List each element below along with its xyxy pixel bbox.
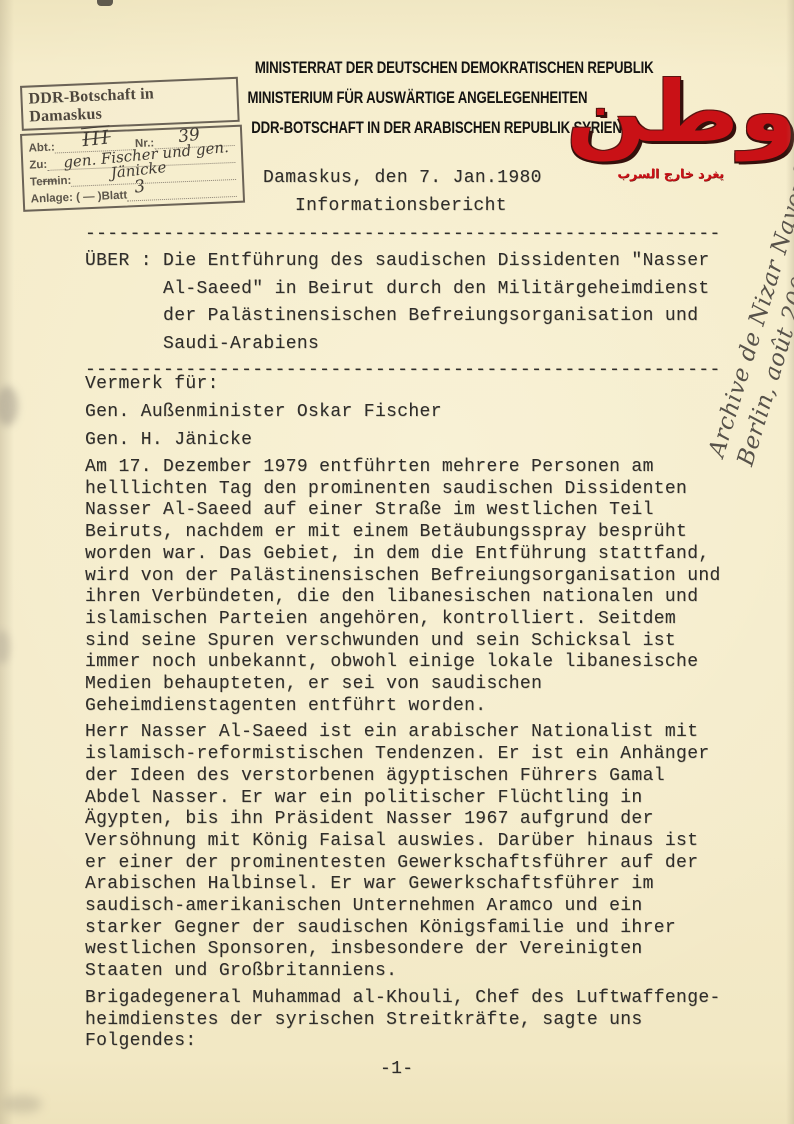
typed-document-body: Damaskus, den 7. Jan.1980 Informationsbe… bbox=[85, 168, 765, 1079]
dashed-separator: ----------------------------------------… bbox=[85, 360, 765, 374]
scanned-document-page: DDR-Botschaft in Damaskus Abt.: III Nr.:… bbox=[0, 0, 794, 1124]
recipient-line: Gen. H. Jänicke bbox=[85, 430, 765, 458]
paper-tear-mark bbox=[97, 0, 113, 6]
body-paragraph-2: Herr Nasser Al-Saeed ist ein arabischer … bbox=[85, 722, 765, 982]
subject-block: ÜBER : Die Entführung des saudischen Dis… bbox=[85, 248, 765, 358]
document-title: Informationsbericht bbox=[85, 196, 765, 224]
paper-stain bbox=[0, 386, 18, 426]
body-paragraph-1: Am 17. Dezember 1979 entführten mehrere … bbox=[85, 457, 765, 717]
letterhead-line-3: DDR-BOTSCHAFT IN DER ARABISCHEN REPUBLIK… bbox=[205, 113, 595, 143]
dateline: Damaskus, den 7. Jan.1980 bbox=[85, 168, 765, 196]
letterhead-line-1: MINISTERRAT DER DEUTSCHEN DEMOKRATISCHEN… bbox=[205, 53, 595, 83]
stamp-label-abt: Abt.: bbox=[28, 142, 55, 155]
stamp-label-termin: Termin: bbox=[30, 175, 72, 189]
watan-logo-arabic-text: وطن bbox=[566, 66, 790, 158]
stamp-value-abt: III bbox=[81, 126, 112, 151]
memo-heading: Vermerk für: bbox=[85, 374, 765, 402]
stamp-label-zu: Zu: bbox=[29, 159, 47, 172]
letterhead-line-2: MINISTERIUM FÜR AUSWÄRTIGE ANGELEGENHEIT… bbox=[205, 83, 595, 113]
page-number: -1- bbox=[85, 1059, 765, 1079]
recipient-line: Gen. Außenminister Oskar Fischer bbox=[85, 402, 765, 430]
body-paragraph-3: Brigadegeneral Muhammad al-Khouli, Chef … bbox=[85, 988, 765, 1053]
paper-stain bbox=[0, 630, 10, 664]
ministry-letterhead: MINISTERRAT DER DEUTSCHEN DEMOKRATISCHEN… bbox=[205, 53, 595, 143]
dashed-separator: ----------------------------------------… bbox=[85, 224, 765, 248]
paper-stain bbox=[2, 1095, 42, 1113]
